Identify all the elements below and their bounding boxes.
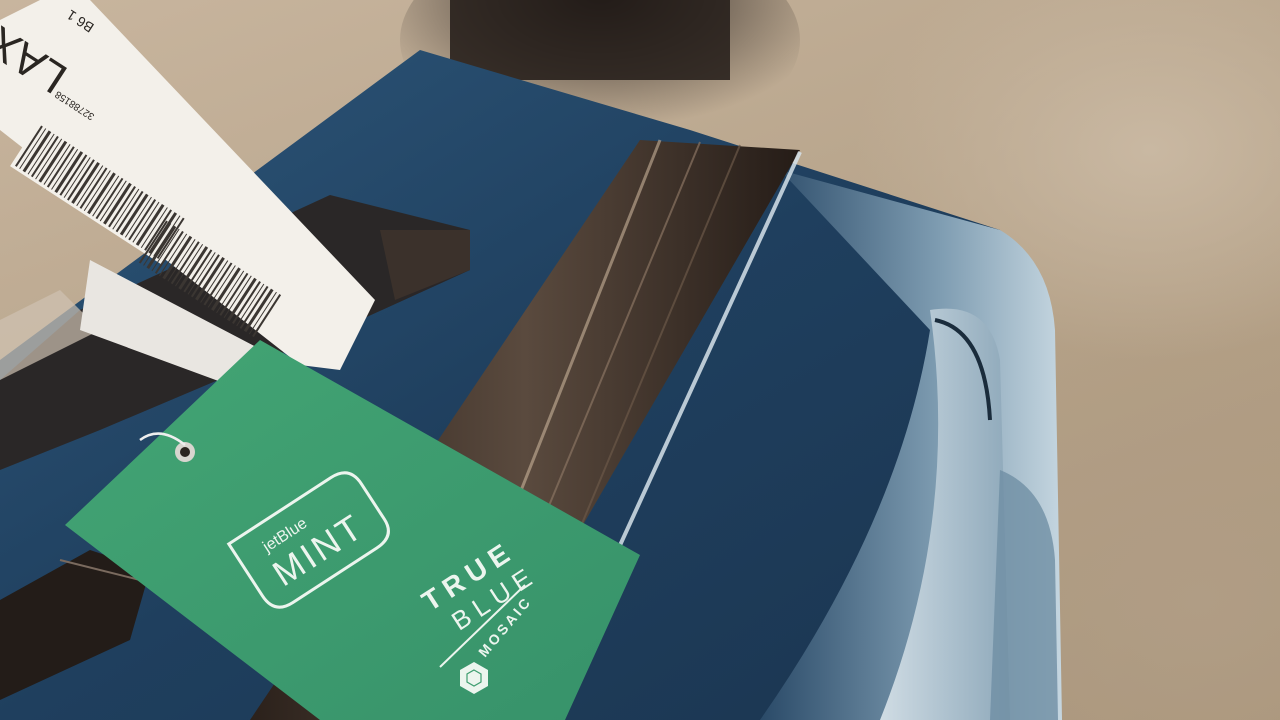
photo-scene: LAX B6 1 32788158 jetBlue MINT TRUE BLUE: [0, 0, 1280, 720]
suitcase-illustration: LAX B6 1 32788158 jetBlue MINT TRUE BLUE: [0, 0, 1280, 720]
